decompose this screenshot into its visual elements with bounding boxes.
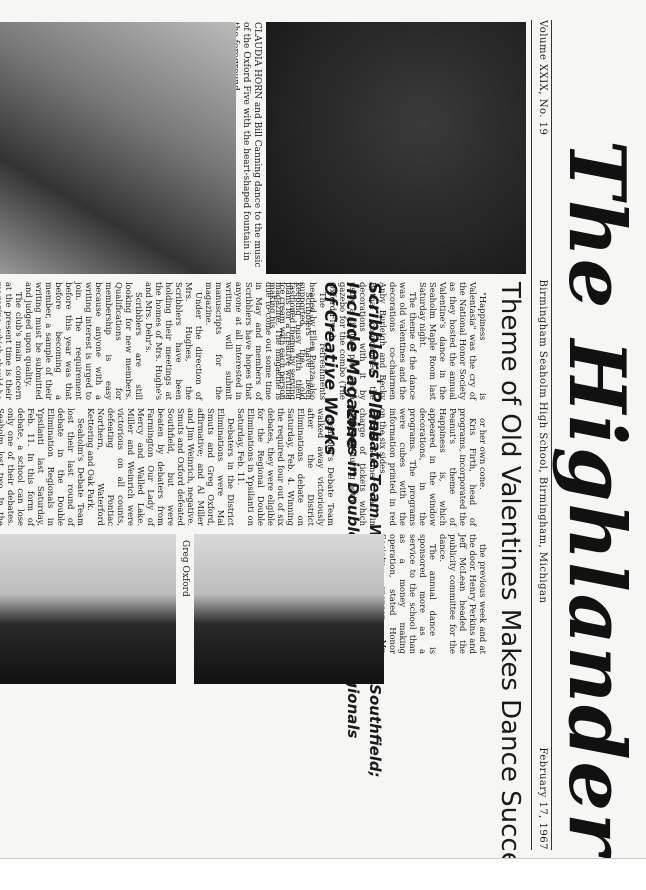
portrait-photo-2: [0, 534, 176, 684]
dance-photo-bottom: [0, 22, 236, 274]
portrait-caption: Greg Oxford: [180, 540, 190, 597]
masthead-info: Volume XXIX, No. 19 Birmingham Seaholm H…: [537, 20, 548, 850]
paragraph: Under the direction of Mrs. Hughes, the …: [144, 282, 204, 400]
masthead-rule-top: [551, 20, 552, 850]
paragraph: "Happiness is Valentasia" was the cry of…: [418, 282, 488, 400]
dance-photo-top: [266, 22, 526, 274]
masthead-rule-bottom: [531, 20, 532, 850]
paragraph: Kris Firth, head of programs, incorporat…: [378, 408, 478, 526]
paragraph: Seaholm's Debate Team lost their last ro…: [0, 408, 86, 526]
scan-edge: [0, 858, 646, 890]
scribblers-body: Scribblers have been keeping busy with t…: [0, 282, 314, 400]
school-location: Birmingham Seaholm High School, Birmingh…: [537, 279, 548, 603]
paragraph: The club's main concern at the present t…: [0, 282, 24, 400]
paragraph: the previous week and at the door. Henry…: [438, 534, 488, 654]
paragraph: Scribblers are still looking for new mem…: [24, 282, 144, 400]
issue-date: February 17, 1967: [537, 747, 548, 850]
valentines-headline: Theme of Old Valentines Makes Dance Succ…: [496, 282, 524, 890]
volume-number: Volume XXIX, No. 19: [537, 20, 548, 135]
paragraph: or her own cone.: [478, 408, 488, 526]
paragraph: Debaters in the District Eliminations we…: [86, 408, 236, 526]
paragraph: Seaholm's Debate Team walked away victor…: [236, 408, 336, 526]
debate-body: Seaholm's Debate Team walked away victor…: [0, 408, 336, 526]
paragraph: Scribblers have been keeping busy with t…: [204, 282, 314, 400]
newspaper-page: The Highlander Volume XXIX, No. 19 Birmi…: [0, 0, 646, 860]
masthead: The Highlander: [554, 0, 646, 860]
newspaper-title: The Highlander: [551, 140, 642, 856]
portrait-photo-1: [194, 534, 384, 684]
